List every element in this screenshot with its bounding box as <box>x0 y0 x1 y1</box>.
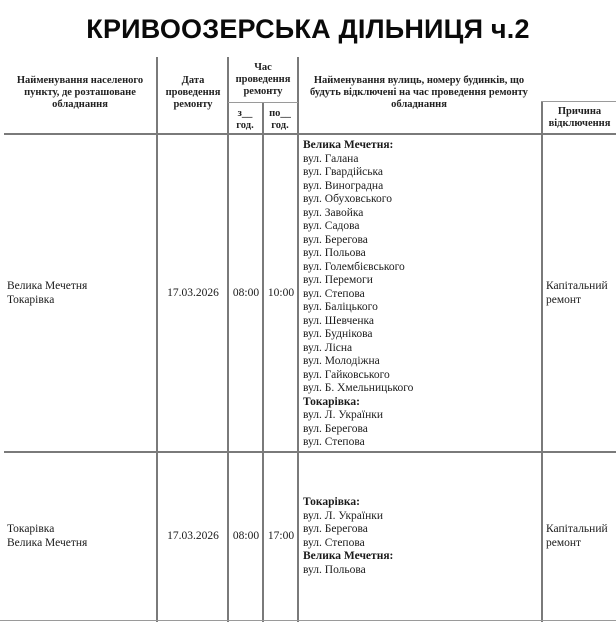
time-from-cell: 08:00 <box>229 287 263 301</box>
street-item: вул. Баліцького <box>303 301 539 315</box>
streets-cell: Велика Мечетня: вул. Галана вул. Гвардій… <box>303 139 539 450</box>
date-cell: 17.03.2026 <box>158 530 228 544</box>
settlement-name: Велика Мечетня <box>7 280 153 294</box>
table-bottom-border <box>0 620 616 621</box>
header-time: Час проведення ремонту <box>230 62 296 98</box>
row-divider <box>4 451 616 453</box>
street-item: вул. Берегова <box>303 423 539 437</box>
street-item: вул. Берегова <box>303 234 539 248</box>
header-time-from: з__ год. <box>232 108 258 132</box>
street-item: вул. Берегова <box>303 523 539 537</box>
street-item: вул. Л. Українки <box>303 510 539 524</box>
street-item: вул. Степова <box>303 537 539 551</box>
streets-cell: Токарівка: вул. Л. Українки вул. Берегов… <box>303 496 539 577</box>
street-item: вул. Галана <box>303 153 539 167</box>
time-from-cell: 08:00 <box>229 530 263 544</box>
street-item: вул. Гвардійська <box>303 166 539 180</box>
street-item: вул. Л. Українки <box>303 409 539 423</box>
settlement-name: Токарівка <box>7 294 153 308</box>
settlement-name: Токарівка <box>7 523 153 537</box>
street-item: вул. Виноградна <box>303 180 539 194</box>
street-item: вул. Гайковського <box>303 369 539 383</box>
header-reason: Причина відключення <box>543 106 616 130</box>
col-divider <box>541 101 543 622</box>
reason-header-top <box>541 101 616 102</box>
date-cell: 17.03.2026 <box>158 287 228 301</box>
street-item: вул. Шевченка <box>303 315 539 329</box>
street-item: вул. Степова <box>303 436 539 450</box>
street-group-title: Токарівка: <box>303 496 539 510</box>
time-subheader-divider <box>228 102 298 103</box>
street-item: вул. Молодіжна <box>303 355 539 369</box>
street-item: вул. Перемоги <box>303 274 539 288</box>
col-divider <box>262 103 264 622</box>
reason-line: ремонт <box>546 294 616 308</box>
street-group-title: Велика Мечетня: <box>303 139 539 153</box>
street-item: вул. Голембієвського <box>303 261 539 275</box>
street-item: вул. Степова <box>303 288 539 302</box>
street-item: вул. Буднікова <box>303 328 539 342</box>
street-item: вул. Польова <box>303 564 539 578</box>
settlement-cell: Велика Мечетня Токарівка <box>7 280 153 307</box>
reason-line: Капітальний <box>546 280 616 294</box>
street-item: вул. Лісна <box>303 342 539 356</box>
header-date: Дата проведення ремонту <box>160 75 226 111</box>
header-bottom-border <box>4 133 616 135</box>
header-time-to: по__ год. <box>265 108 295 132</box>
header-streets: Найменування вулиць, номеру будинків, що… <box>302 75 536 111</box>
reason-line: Капітальний <box>546 523 616 537</box>
street-item: вул. Садова <box>303 220 539 234</box>
page-title: КРИВООЗЕРСЬКА ДІЛЬНИЦЯ ч.2 <box>0 14 616 45</box>
street-item: вул. Обуховського <box>303 193 539 207</box>
street-item: вул. Б. Хмельницького <box>303 382 539 396</box>
reason-cell: Капітальний ремонт <box>546 523 616 550</box>
street-item: вул. Завойка <box>303 207 539 221</box>
header-settlement: Найменування населеного пункту, де розта… <box>6 75 154 111</box>
reason-line: ремонт <box>546 537 616 551</box>
settlement-name: Велика Мечетня <box>7 537 153 551</box>
time-to-cell: 17:00 <box>264 530 298 544</box>
street-item: вул. Польова <box>303 247 539 261</box>
street-group-title: Велика Мечетня: <box>303 550 539 564</box>
street-group-title: Токарівка: <box>303 396 539 410</box>
reason-cell: Капітальний ремонт <box>546 280 616 307</box>
settlement-cell: Токарівка Велика Мечетня <box>7 523 153 550</box>
time-to-cell: 10:00 <box>264 287 298 301</box>
